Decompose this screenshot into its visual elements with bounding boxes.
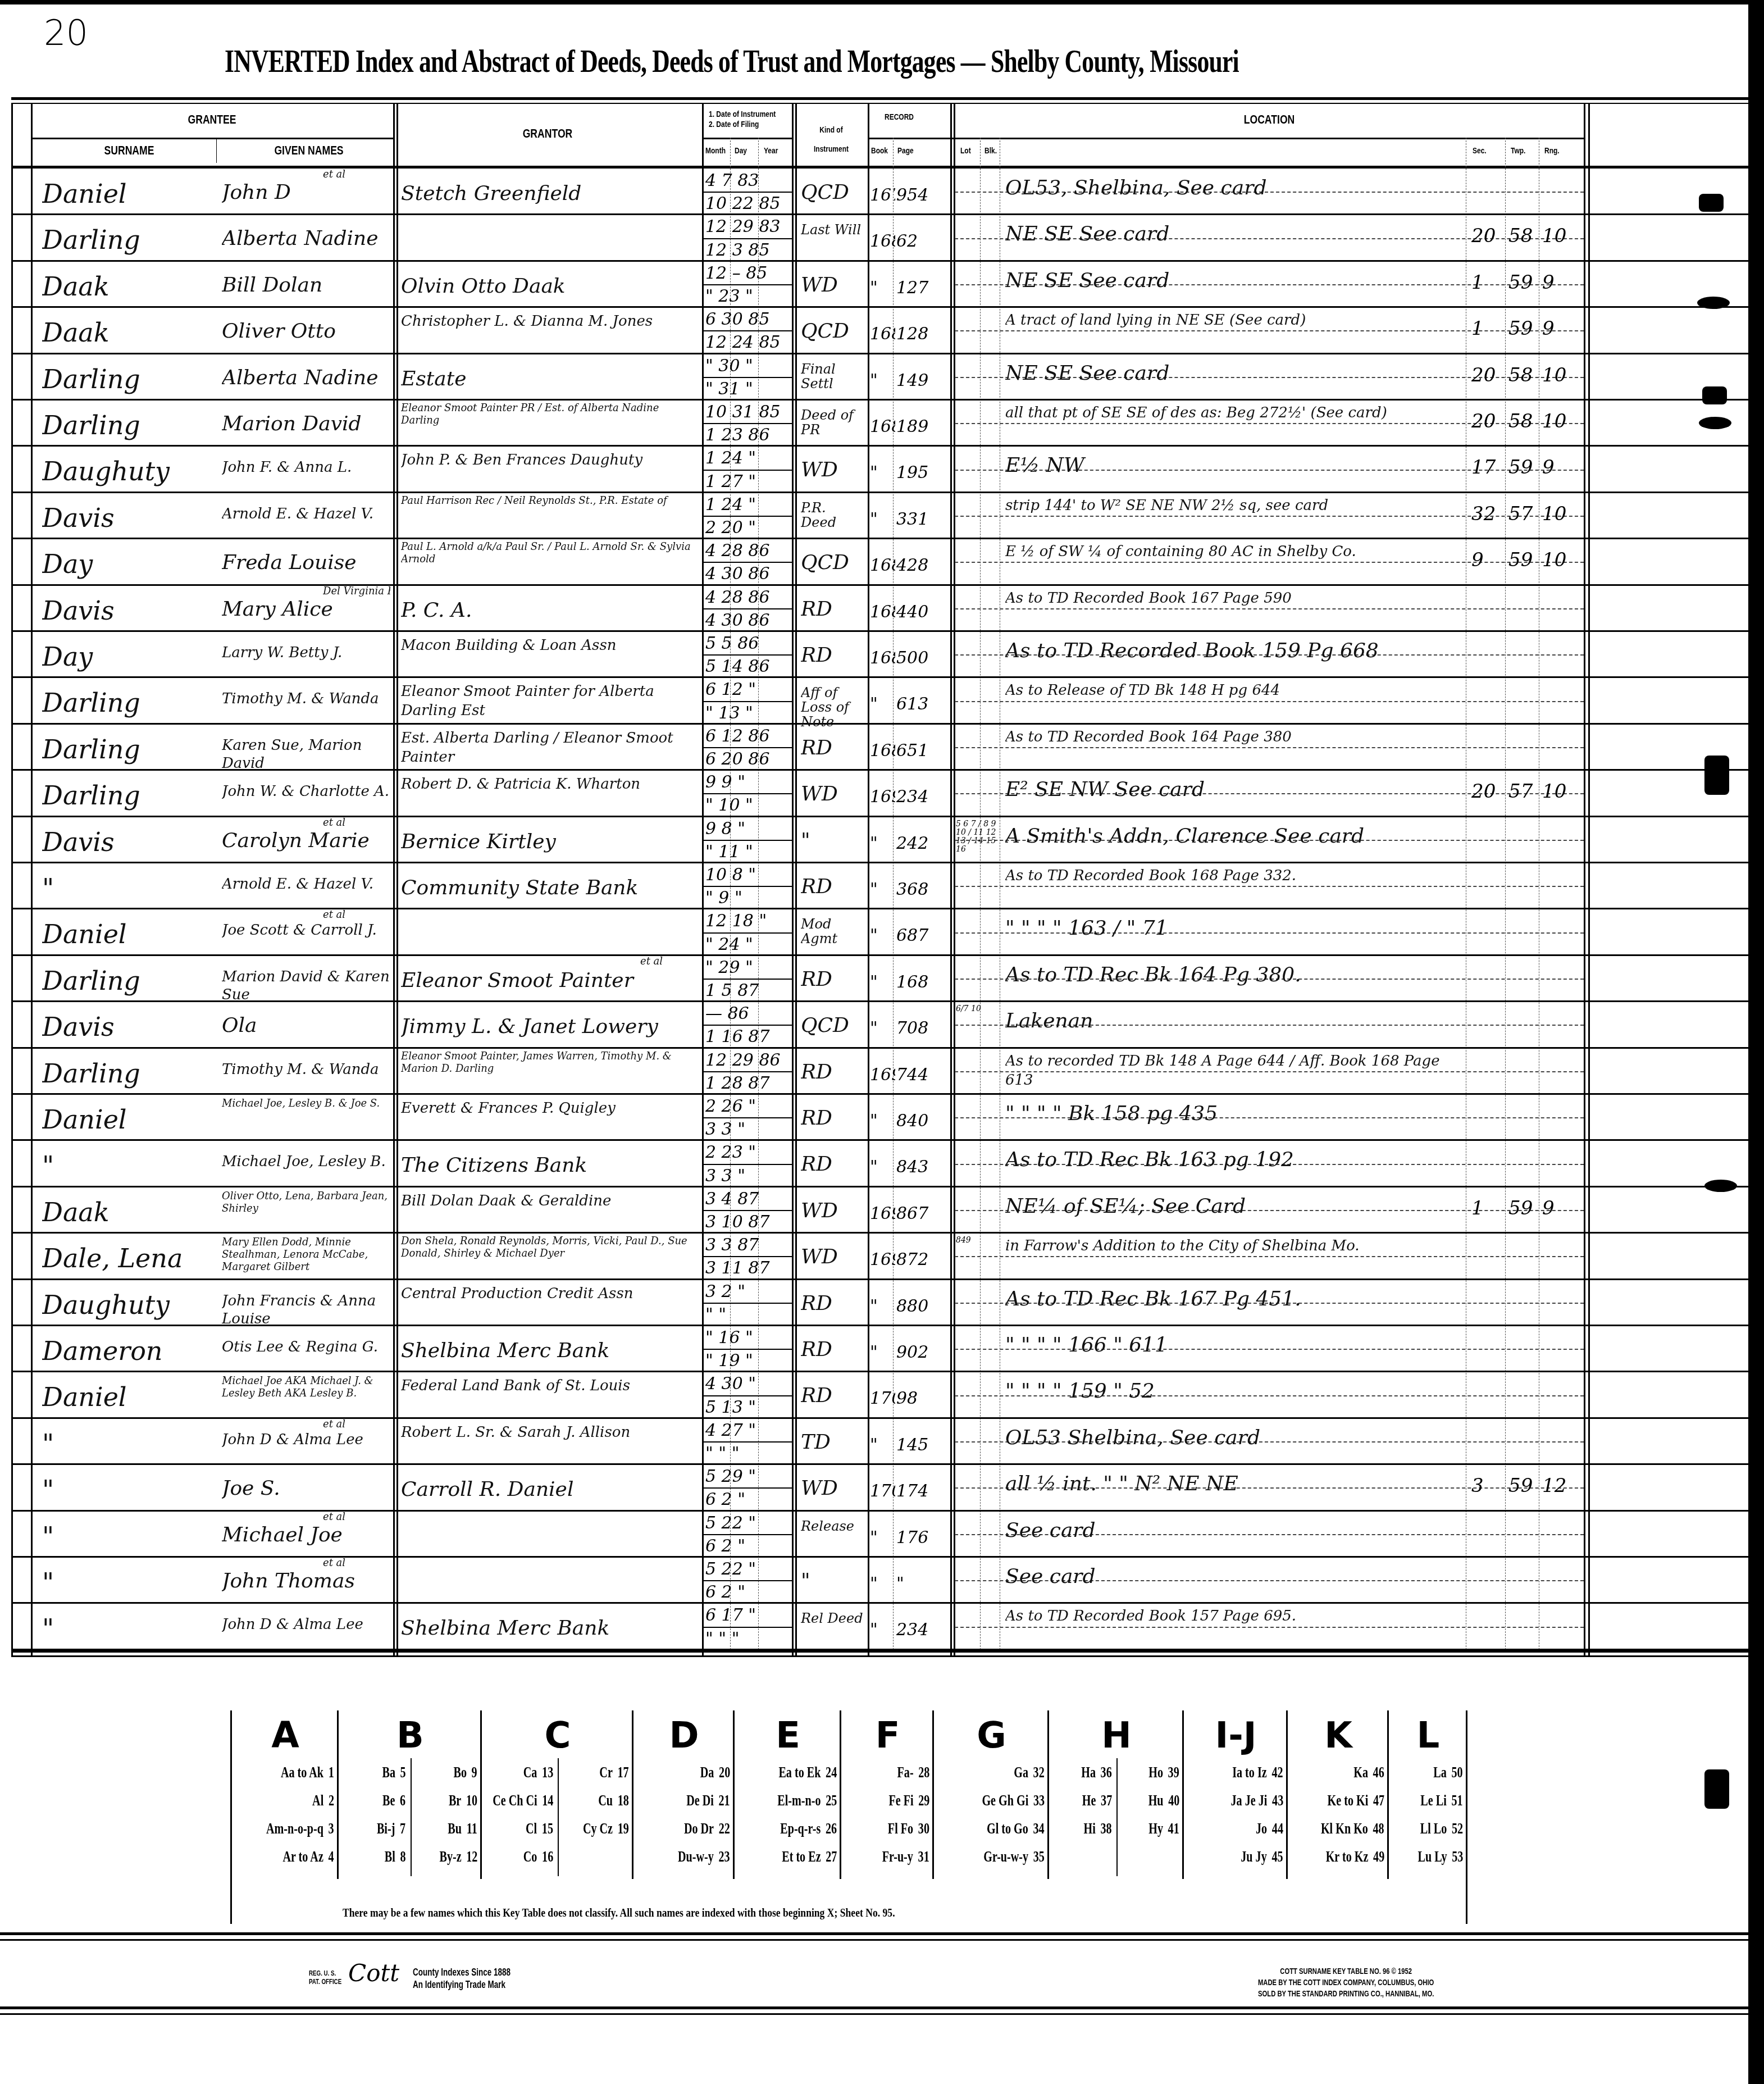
grantee-et-al-note: et al [323, 817, 390, 829]
record-page: 954 [896, 185, 951, 205]
location-description: OL53, Shelbina, See card [1005, 176, 1460, 199]
key-entry-range: Hy [1148, 1820, 1163, 1837]
key-entry-range: Da [700, 1764, 714, 1781]
grantee-surname: Daak [42, 1197, 222, 1227]
key-entry: Ea to Ek24 [778, 1764, 837, 1782]
record-page: 234 [896, 1620, 951, 1640]
key-entry-sheet-number: 20 [719, 1764, 730, 1781]
table-row[interactable]: DarlingKaren Sue, Marion DavidEst. Alber… [0, 724, 1748, 770]
header-date-filing: 2. Date of Filing [709, 120, 759, 130]
section-number: 1 [1471, 317, 1505, 340]
key-entry: Ll Lo52 [1420, 1820, 1463, 1838]
table-row[interactable]: "John D & Alma Leeet alRobert L. Sr. & S… [0, 1418, 1748, 1464]
township-number: 57 [1508, 780, 1542, 803]
binder-hole-round [1704, 1180, 1737, 1192]
kind-of-instrument: Rel Deed [801, 1611, 865, 1626]
table-row[interactable]: DavisCarolyn Marieet alBernice Kirtley9 … [0, 817, 1748, 863]
key-entry: Jo44 [1256, 1820, 1283, 1838]
table-row[interactable]: DavisArnold E. & Hazel V.Paul Harrison R… [0, 493, 1748, 539]
title-rest: Index and Abstract of Deeds, Deeds of Tr… [355, 44, 1239, 79]
location-description: As to TD Recorded Book 168 Page 332. [1005, 866, 1460, 885]
grantee-surname: Darling [42, 688, 222, 718]
record-book: 169 [870, 787, 895, 807]
record-book: " [870, 880, 895, 899]
grantee-surname: " [42, 1613, 222, 1644]
record-book: " [870, 1343, 895, 1362]
location-description: See card [1005, 1519, 1460, 1542]
date-of-instrument: 5 5 86 [705, 634, 790, 653]
section-number: 1 [1471, 1197, 1505, 1220]
key-entry-sheet-number: 50 [1452, 1764, 1463, 1781]
grantee-surname: Davis [42, 1012, 222, 1042]
date-of-instrument: 6 12 86 [705, 726, 790, 746]
grantor-name: Macon Building & Loan Assn [401, 636, 700, 655]
publisher-line-1: COTT SURNAME KEY TABLE NO. 96 © 1952 [1258, 1966, 1434, 1977]
date-of-instrument: 10 31 85 [705, 402, 790, 422]
date-of-filing: " 11 " [705, 842, 790, 862]
record-book: 169 [870, 1065, 895, 1085]
key-entry: Ca13 [523, 1764, 553, 1782]
key-entry: Hy41 [1148, 1820, 1179, 1838]
grantee-given-names: Mary Ellen Dodd, Minnie Stealhman, Lenor… [222, 1236, 390, 1273]
record-book: " [870, 1528, 895, 1548]
grantee-given-names: John F. & Anna L. [222, 458, 390, 476]
key-letter: G [934, 1715, 1049, 1757]
surname-given-divider [216, 138, 217, 163]
record-book: " [870, 463, 895, 483]
table-row[interactable]: DarlingMarion David & Karen SueEleanor S… [0, 955, 1748, 1002]
table-rule-top-2 [11, 103, 1748, 104]
grantee-surname: Daak [42, 271, 222, 302]
record-book: 168 [870, 648, 895, 668]
reg-mark: REG. U. S. PAT. OFFICE [309, 1969, 341, 1986]
date-of-instrument: 9 8 " [705, 819, 790, 839]
record-page: 880 [896, 1296, 951, 1316]
key-column-c: CCa13Ce Ch Ci14Cl15Co16Cr17Cu18Cy Cz19 [480, 1710, 633, 1879]
date-of-instrument: 5 22 " [705, 1513, 790, 1533]
key-entry: Gl to Go34 [987, 1820, 1045, 1838]
kind-of-instrument: Mod Agmt [801, 917, 865, 946]
date-of-instrument: 4 30 " [705, 1374, 790, 1394]
kind-of-instrument: RD [801, 736, 865, 759]
township-number: 59 [1508, 1475, 1542, 1497]
grantor-name: Stetch Greenfield [401, 182, 700, 205]
key-entry-range: By-z [439, 1848, 461, 1865]
range-number: 10 [1542, 225, 1581, 247]
township-number: 58 [1508, 410, 1542, 433]
surname-key-table: AAa to Ak1Al2Am-n-o-p-q3Ar to Az4BBa5Be6… [230, 1710, 1404, 1901]
key-table-right-border [1466, 1710, 1468, 1924]
publisher-line-3: SOLD BY THE STANDARD PRINTING CO., HANNI… [1258, 1989, 1434, 2000]
key-entry-sheet-number: 23 [719, 1848, 730, 1865]
since-line-2: An Identifying Trade Mark [413, 1978, 510, 1991]
table-row[interactable]: DanielMichael Joe, Lesley B. & Joe S.Eve… [0, 1094, 1748, 1140]
grantee-given-names: Karen Sue, Marion David [222, 736, 390, 772]
key-entry: Lu Ly53 [1417, 1848, 1463, 1866]
record-book: " [870, 834, 895, 853]
range-number: 10 [1542, 780, 1581, 803]
table-row[interactable]: DarlingMarion DavidEleanor Smoot Painter… [0, 400, 1748, 446]
header-twp: Twp. [1511, 146, 1525, 156]
grantee-given-names: Larry W. Betty J. [222, 644, 390, 662]
table-row[interactable]: DaakOliver OttoChristopher L. & Dianna M… [0, 307, 1748, 353]
record-book: 169 [870, 1250, 895, 1269]
date-of-filing: 1 23 86 [705, 425, 790, 445]
key-entry-range: Ga [1014, 1764, 1028, 1781]
grantee-given-names: Otis Lee & Regina G. [222, 1338, 390, 1356]
grantee-surname: " [42, 873, 222, 903]
grantor-name: Christopher L. & Dianna M. Jones [401, 312, 700, 331]
range-number: 9 [1542, 1197, 1581, 1220]
record-page: 867 [896, 1204, 951, 1223]
grantee-given-names: Michael Joe AKA Michael J. & Lesley Beth… [222, 1375, 390, 1400]
record-page: 840 [896, 1111, 951, 1131]
record-book: " [870, 1435, 895, 1455]
table-row[interactable]: "John D & Alma LeeShelbina Merc Bank6 17… [0, 1603, 1748, 1649]
grantee-surname: " [42, 1150, 222, 1181]
record-page: 368 [896, 880, 951, 899]
township-number: 59 [1508, 549, 1542, 571]
key-entry: Ga32 [1014, 1764, 1045, 1782]
grantor-name: Community State Bank [401, 876, 700, 899]
date-of-filing: " 24 " [705, 935, 790, 954]
header-lot: Lot [960, 146, 971, 156]
key-entry-sheet-number: 26 [826, 1820, 837, 1837]
date-of-filing: 6 2 " [705, 1536, 790, 1556]
key-entry-range: Ba [382, 1764, 395, 1781]
table-row[interactable]: "Arnold E. & Hazel V.Community State Ban… [0, 863, 1748, 909]
date-of-filing: 1 27 " [705, 472, 790, 492]
range-number: 10 [1542, 410, 1581, 433]
record-book: " [870, 371, 895, 390]
section-number: 17 [1471, 456, 1505, 479]
table-row[interactable]: DarlingTimothy M. & WandaEleanor Smoot P… [0, 677, 1748, 724]
key-entry: Cu18 [598, 1792, 629, 1810]
record-location-subrule [868, 138, 1584, 139]
key-entry-sheet-number: 42 [1272, 1764, 1283, 1781]
kind-of-instrument: TD [801, 1431, 865, 1454]
grantee-surname: Darling [42, 225, 222, 255]
date-of-instrument: 12 18 " [705, 911, 790, 931]
date-of-filing: 3 3 " [705, 1166, 790, 1186]
grantor-name: Federal Land Bank of St. Louis [401, 1376, 700, 1395]
table-row[interactable]: DavisOlaJimmy L. & Janet Lowery— 861 16 … [0, 1002, 1748, 1048]
key-entry: Aa to Ak1 [281, 1764, 334, 1782]
table-row[interactable]: "Michael Joe, Lesley B.The Citizens Bank… [0, 1140, 1748, 1186]
location-description: As to TD Rec Bk 163 pg 192 [1005, 1148, 1460, 1171]
kind-of-instrument: WD [801, 274, 865, 297]
publisher-info: COTT SURNAME KEY TABLE NO. 96 © 1952 MAD… [1258, 1966, 1434, 2000]
table-row[interactable]: Dale, LenaMary Ellen Dodd, Minnie Stealh… [0, 1233, 1748, 1279]
kind-of-instrument: " [801, 1569, 865, 1592]
grantee-surname: " [42, 1428, 222, 1459]
grantor-name: Est. Alberta Darling / Eleanor Smoot Pai… [401, 729, 700, 767]
key-entry-sheet-number: 10 [466, 1792, 477, 1809]
key-entry-sheet-number: 11 [467, 1820, 477, 1837]
grantor-name: Everett & Frances P. Quigley [401, 1099, 700, 1118]
record-page: 98 [896, 1389, 951, 1408]
date-of-filing: 3 3 " [705, 1120, 790, 1139]
kind-of-instrument: Aff of Loss of Note [801, 685, 865, 729]
table-row[interactable]: DanielJohn Det alStetch Greenfield4 7 83… [0, 169, 1748, 215]
date-of-filing: 3 11 87 [705, 1258, 790, 1278]
range-number: 9 [1542, 271, 1581, 294]
location-description: A tract of land lying in NE SE (See card… [1005, 311, 1460, 330]
key-entry-range: He [1082, 1792, 1096, 1809]
grantee-given-names: Bill Dolan [222, 274, 390, 297]
header-page: Page [897, 146, 914, 156]
date-subrule [702, 138, 792, 139]
binder-hole-square [1699, 194, 1724, 212]
kind-of-instrument: Release [801, 1519, 865, 1534]
key-entry-range: Cl [526, 1820, 537, 1837]
record-page: 176 [896, 1528, 951, 1548]
record-book: " [870, 1157, 895, 1177]
date-of-filing: 6 20 86 [705, 749, 790, 769]
key-entry: Ja Je Ji43 [1230, 1792, 1283, 1810]
kind-of-instrument: P.R. Deed [801, 500, 865, 530]
key-entry-range: Ka [1353, 1764, 1368, 1781]
key-letter: F [841, 1715, 934, 1757]
table-row[interactable]: DavisMary AliceDel Virginia HowardP. C. … [0, 585, 1748, 631]
location-description: " " " " 159 " 52 [1005, 1380, 1460, 1403]
header-blk: Blk. [984, 146, 997, 156]
table-row[interactable]: DarlingAlberta Nadine12 29 8312 3 85Last… [0, 215, 1748, 261]
record-book: " [870, 1111, 895, 1131]
grantee-surname: Day [42, 549, 222, 579]
date-of-instrument: 1 24 " [705, 495, 790, 515]
date-of-instrument: 9 9 " [705, 772, 790, 792]
key-entry-sheet-number: 40 [1168, 1792, 1179, 1809]
record-book: 170 [870, 1481, 895, 1501]
grantor-name: Carroll R. Daniel [401, 1478, 700, 1501]
table-row[interactable]: "John Thomaset al5 22 "6 2 """"See card [0, 1557, 1748, 1603]
key-entry: Ep-q-r-s26 [780, 1820, 837, 1838]
key-entry-range: Hu [1148, 1792, 1163, 1809]
grantee-given-names: Michael Joe [222, 1523, 390, 1546]
cott-signature-logo: Cott [348, 1959, 399, 1987]
key-entry-sheet-number: 28 [918, 1764, 929, 1781]
kind-of-instrument: RD [801, 1292, 865, 1315]
record-page: 651 [896, 741, 951, 761]
key-entry-range: Ar to Az [283, 1848, 323, 1865]
township-number: 58 [1508, 225, 1542, 247]
key-entry-range: Co [523, 1848, 537, 1865]
date-of-instrument: 3 2 " [705, 1282, 790, 1302]
header-date-instrument: 1. Date of Instrument [709, 110, 776, 120]
grantor-name: Jimmy L. & Janet Lowery [401, 1015, 700, 1038]
grantor-name: Bernice Kirtley [401, 830, 700, 853]
table-row[interactable]: DanielJoe Scott & Carroll J.et al12 18 "… [0, 909, 1748, 955]
key-entry-range: Ke to Ki [1327, 1792, 1368, 1809]
date-of-filing: 5 13 " [705, 1398, 790, 1417]
header-month: Month [705, 146, 726, 156]
grantor-name: The Citizens Bank [401, 1154, 700, 1177]
key-entry-range: Ja Je Ji [1230, 1792, 1267, 1809]
date-of-filing: " 13 " [705, 703, 790, 723]
key-entry: By-z12 [439, 1848, 477, 1866]
record-page: 62 [896, 231, 951, 251]
key-entry-sheet-number: 49 [1373, 1848, 1384, 1865]
date-of-filing: 4 30 86 [705, 611, 790, 630]
date-of-filing: 1 28 87 [705, 1073, 790, 1093]
record-book: " [870, 1574, 895, 1594]
record-page: 128 [896, 324, 951, 344]
binder-hole-square [1704, 756, 1729, 795]
record-book: 167 [870, 185, 895, 205]
key-entry-sheet-number: 44 [1272, 1820, 1283, 1837]
binder-hole-square [1702, 386, 1727, 404]
location-description: all ½ int. " " N² NE NE [1005, 1472, 1460, 1495]
date-of-instrument: 6 12 " [705, 680, 790, 699]
header-day: Day [735, 146, 747, 156]
table-row[interactable]: DaakOliver Otto, Lena, Barbara Jean, Shi… [0, 1187, 1748, 1233]
location-description: See card [1005, 1565, 1460, 1588]
grantee-given-names: Alberta Nadine [222, 366, 390, 389]
key-entry-sheet-number: 31 [918, 1848, 929, 1865]
record-page: 331 [896, 509, 951, 529]
grantee-given-names: Joe S. [222, 1477, 390, 1500]
key-entry-sheet-number: 48 [1373, 1820, 1384, 1837]
key-entry: Ia to Iz42 [1233, 1764, 1283, 1782]
grantee-surname: Daak [42, 317, 222, 348]
key-entry: Be6 [382, 1792, 405, 1810]
date-of-instrument: 4 28 86 [705, 588, 790, 607]
date-of-filing: 3 10 87 [705, 1212, 790, 1232]
key-column-i-j: I-JIa to Iz42Ja Je Ji43Jo44Ju Jy45 [1182, 1710, 1288, 1879]
key-entry-sheet-number: 43 [1272, 1792, 1283, 1809]
table-row[interactable]: "Michael Joeet al5 22 "6 2 "Release"176S… [0, 1511, 1748, 1557]
date-of-filing: " 23 " [705, 286, 790, 306]
header-kind-of-instrument: Kind of Instrument [804, 121, 858, 159]
date-of-instrument: " 16 " [705, 1328, 790, 1348]
date-of-filing: 6 2 " [705, 1582, 790, 1602]
key-entry-range: Ea to Ek [778, 1764, 821, 1781]
key-entry: Ha36 [1081, 1764, 1112, 1782]
key-entry-range: Fa- [897, 1764, 913, 1781]
key-entry: Ju Jy45 [1241, 1848, 1283, 1866]
township-number: 57 [1508, 503, 1542, 525]
grantee-subrule [31, 138, 393, 139]
record-book: " [870, 926, 895, 945]
key-entry: Bi-j7 [377, 1820, 405, 1838]
lot-number: 849 [956, 1236, 1001, 1245]
key-entry-range: Jo [1256, 1820, 1267, 1837]
date-of-instrument: 5 22 " [705, 1559, 790, 1579]
key-column-h: HHa36He37Hi38Ho39Hu40Hy41 [1047, 1710, 1184, 1879]
location-description: As to TD Recorded Book 167 Page 590 [1005, 589, 1460, 608]
range-number: 12 [1542, 1475, 1581, 1497]
key-entry-range: Bi-j [377, 1820, 395, 1837]
grantee-surname: Darling [42, 364, 222, 394]
grantee-surname: Daughuty [42, 456, 222, 486]
section-number: 20 [1471, 364, 1505, 386]
grantee-given-names: Carolyn Marie [222, 829, 390, 852]
date-of-filing: " " [705, 1305, 790, 1325]
table-row[interactable]: DameronOtis Lee & Regina G.Shelbina Merc… [0, 1326, 1748, 1372]
grantee-given-names: Alberta Nadine [222, 227, 390, 250]
key-entry: Fl Fo30 [888, 1820, 929, 1838]
record-book: 170 [870, 1389, 895, 1408]
grantor-name: Eleanor Smoot Painter [401, 969, 700, 992]
key-entry: Ar to Az4 [283, 1848, 334, 1866]
table-row[interactable]: DayLarry W. Betty J.Macon Building & Loa… [0, 631, 1748, 677]
key-entry: Da20 [700, 1764, 730, 1782]
key-entry: La50 [1434, 1764, 1463, 1782]
table-row[interactable]: DaughutyJohn Francis & Anna LouiseCentra… [0, 1280, 1748, 1326]
grantee-surname: Day [42, 641, 222, 672]
grantee-given-names: John D [222, 181, 390, 204]
location-description: E ½ of SW ¼ of containing 80 AC in Shelb… [1005, 542, 1460, 561]
grantor-name: Estate [401, 367, 700, 390]
key-entry-sheet-number: 34 [1033, 1820, 1045, 1837]
key-entry-range: Ll Lo [1420, 1820, 1447, 1837]
table-row[interactable]: DayFreda LouisePaul L. Arnold a/k/a Paul… [0, 539, 1748, 585]
location-description: As to Release of TD Bk 148 H pg 644 [1005, 681, 1460, 700]
kind-of-instrument: RD [801, 1107, 865, 1130]
key-entry-range: Cr [600, 1764, 613, 1781]
key-entry: Bl8 [385, 1848, 406, 1866]
key-entry-sheet-number: 1 [329, 1764, 334, 1781]
table-row[interactable]: DanielMichael Joe AKA Michael J. & Lesle… [0, 1372, 1748, 1418]
key-entry-range: Aa to Ak [281, 1764, 323, 1781]
location-description: As to recorded TD Bk 148 A Page 644 / Af… [1005, 1052, 1460, 1090]
grantee-given-names: Marion David & Karen Sue [222, 968, 390, 1004]
key-entry-range: Am-n-o-p-q [266, 1820, 323, 1837]
grantor-name: Don Shela, Ronald Reynolds, Morris, Vick… [401, 1235, 700, 1260]
grantee-surname: Darling [42, 410, 222, 440]
key-entry: Hu40 [1148, 1792, 1179, 1810]
key-entry-sheet-number: 30 [918, 1820, 929, 1837]
kind-of-instrument: WD [801, 782, 865, 806]
key-letter: A [232, 1715, 339, 1757]
table-row[interactable]: "Joe S.Carroll R. Daniel5 29 "6 2 "WD170… [0, 1464, 1748, 1510]
grantee-given-names: John Francis & Anna Louise [222, 1292, 390, 1328]
table-rule-bottom-2 [11, 1655, 1748, 1657]
record-book: 168 [870, 556, 895, 575]
table-row[interactable]: DaughutyJohn F. & Anna L.John P. & Ben F… [0, 446, 1748, 492]
key-entry-range: Bo [454, 1764, 467, 1781]
key-entry: Cr17 [600, 1764, 629, 1782]
grantor-name: Eleanor Smoot Painter, James Warren, Tim… [401, 1050, 700, 1075]
grantee-given-names: John D & Alma Lee [222, 1616, 390, 1633]
key-entry-sheet-number: 27 [826, 1848, 837, 1865]
kind-of-instrument: WD [801, 1245, 865, 1268]
table-row[interactable]: DarlingTimothy M. & WandaEleanor Smoot P… [0, 1048, 1748, 1094]
key-entry-sheet-number: 21 [719, 1792, 730, 1809]
table-row[interactable]: DaakBill DolanOlvin Otto Daak12 – 85" 23… [0, 261, 1748, 307]
grantee-surname: Davis [42, 595, 222, 626]
header-grantor: GRANTOR [424, 126, 671, 141]
key-entry-range: Ju Jy [1241, 1848, 1267, 1865]
date-of-instrument: — 86 [705, 1004, 790, 1023]
table-row[interactable]: DarlingAlberta NadineEstate" 30 "" 31 "F… [0, 354, 1748, 400]
date-of-instrument: 12 29 86 [705, 1050, 790, 1070]
record-book: " [870, 972, 895, 992]
key-letter: B [339, 1715, 482, 1757]
key-entry: Fe Fi29 [888, 1792, 929, 1810]
grantor-name: Eleanor Smoot Painter PR / Est. of Alber… [401, 402, 700, 427]
grantor-name: John P. & Ben Frances Daughuty [401, 451, 700, 470]
table-rule-top [11, 97, 1748, 100]
table-row[interactable]: DarlingJohn W. & Charlotte A.Robert D. &… [0, 770, 1748, 816]
key-entry-sheet-number: 39 [1168, 1764, 1179, 1781]
binder-hole-square [1704, 1769, 1729, 1809]
grantee-surname: Davis [42, 827, 222, 857]
date-of-filing: 2 20 " [705, 518, 790, 538]
date-of-filing: 5 14 86 [705, 657, 790, 676]
key-entry-sheet-number: 41 [1168, 1820, 1179, 1837]
